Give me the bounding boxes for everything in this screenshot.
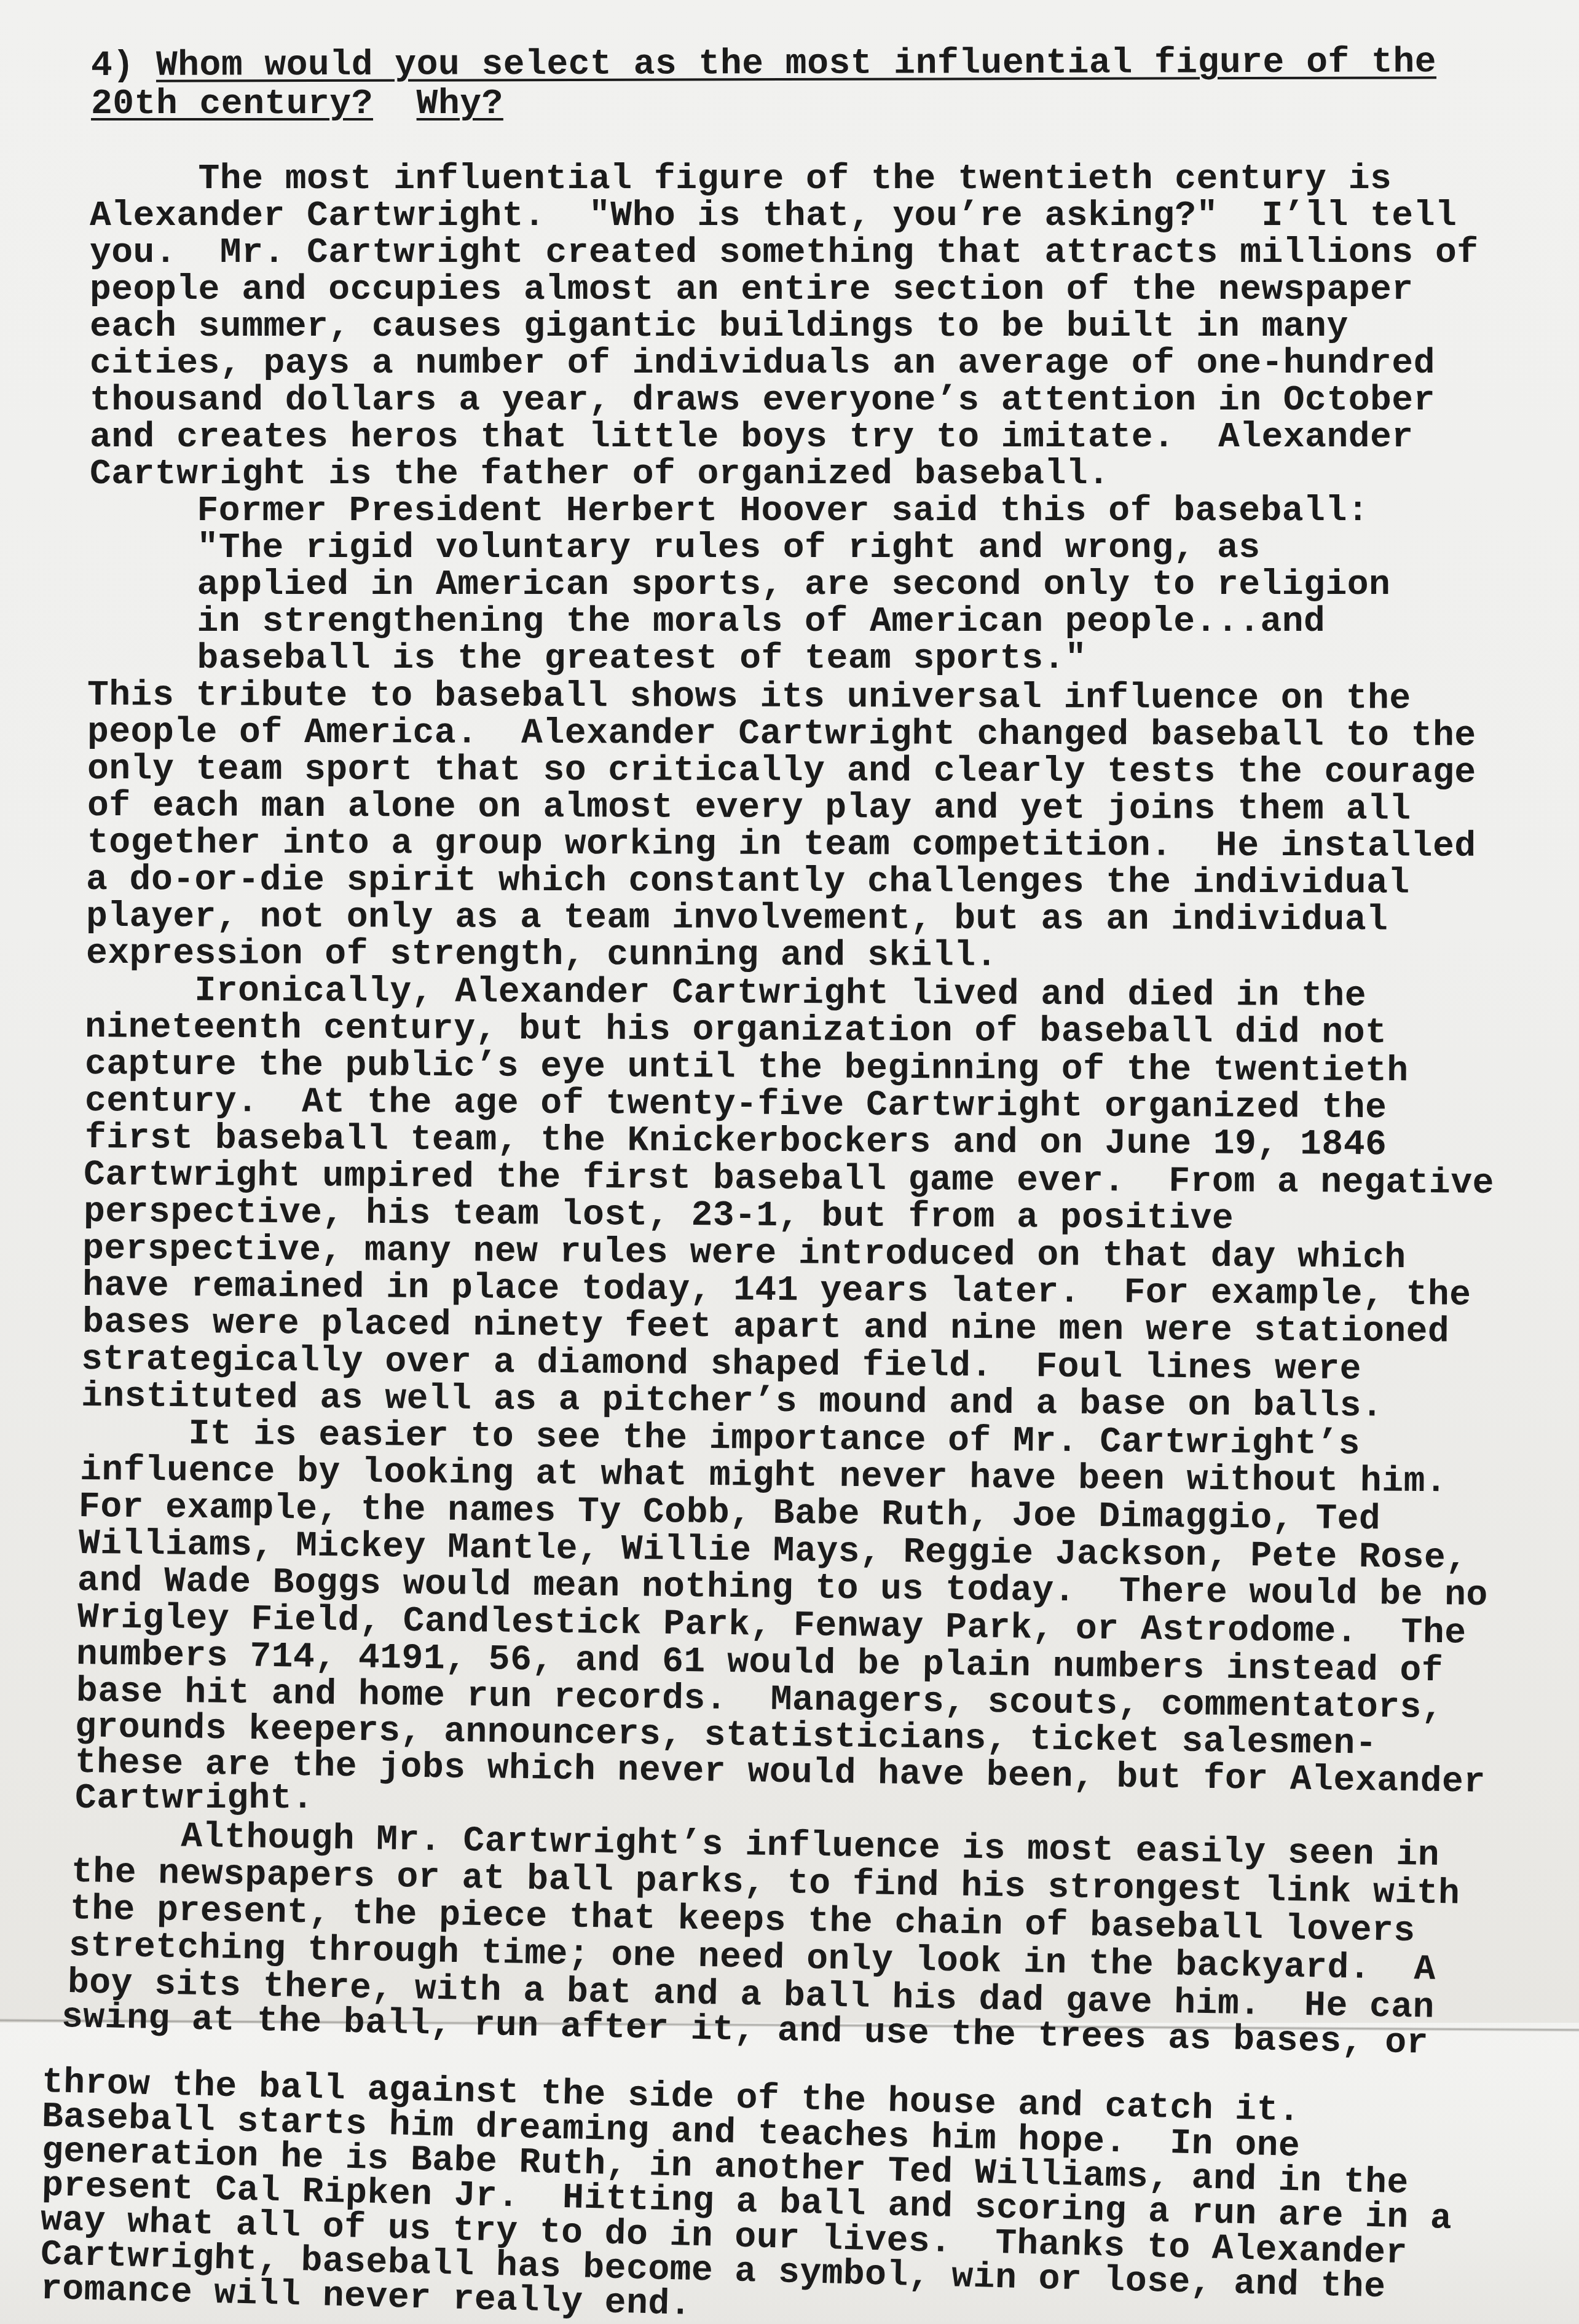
essay-line: expression of strength, cunning and skil…: [86, 936, 998, 975]
quote-line: baseball is the greatest of team sports.…: [89, 641, 1087, 678]
essay-line: player, not only as a team involvement, …: [86, 899, 1388, 939]
essay-line: Cartwright.: [75, 1781, 313, 1817]
paper-page: 4) Whom would you select as the most inf…: [0, 0, 1579, 2324]
question-text-why: Why?: [417, 84, 503, 124]
question-line-2: 20th century? Why?: [91, 86, 503, 123]
essay-line: a do-or-die spirit which constantly chal…: [86, 862, 1410, 903]
essay-line: Former President Herbert Hoover said thi…: [89, 493, 1369, 530]
essay-line: people of America. Alexander Cartwright …: [87, 714, 1476, 755]
essay-line: cities, pays a number of individuals an …: [90, 346, 1435, 382]
quote-line: applied in American sports, are second o…: [89, 567, 1390, 604]
essay-line: and creates heros that little boys try t…: [90, 419, 1414, 456]
essay-line: Cartwright is the father of organized ba…: [90, 456, 1109, 493]
question-number: 4): [91, 46, 135, 86]
quote-line: "The rigid voluntary rules of right and …: [89, 530, 1261, 567]
quote-line: in strengthening the morals of American …: [89, 604, 1325, 641]
question-text-century: 20th century?: [91, 84, 373, 124]
essay-line: The most influential figure of the twent…: [90, 161, 1392, 198]
essay-line: only team sport that so critically and c…: [87, 751, 1476, 792]
question-text-line-1: Whom would you select as the most influe…: [156, 42, 1436, 85]
essay-line: Alexander Cartwright. "Who is that, you’…: [90, 198, 1457, 235]
essay-line: together into a group working in team co…: [87, 825, 1476, 866]
question-line-1: 4) Whom would you select as the most inf…: [91, 44, 1436, 85]
essay-line: This tribute to baseball shows its unive…: [87, 678, 1411, 718]
essay-line: each summer, causes gigantic buildings t…: [90, 309, 1349, 346]
essay-line: thousand dollars a year, draws everyone’…: [90, 382, 1435, 419]
essay-line: you. Mr. Cartwright created something th…: [90, 235, 1479, 272]
essay-line: people and occupies almost an entire sec…: [90, 272, 1414, 309]
essay-line: of each man alone on almost every play a…: [87, 788, 1411, 829]
